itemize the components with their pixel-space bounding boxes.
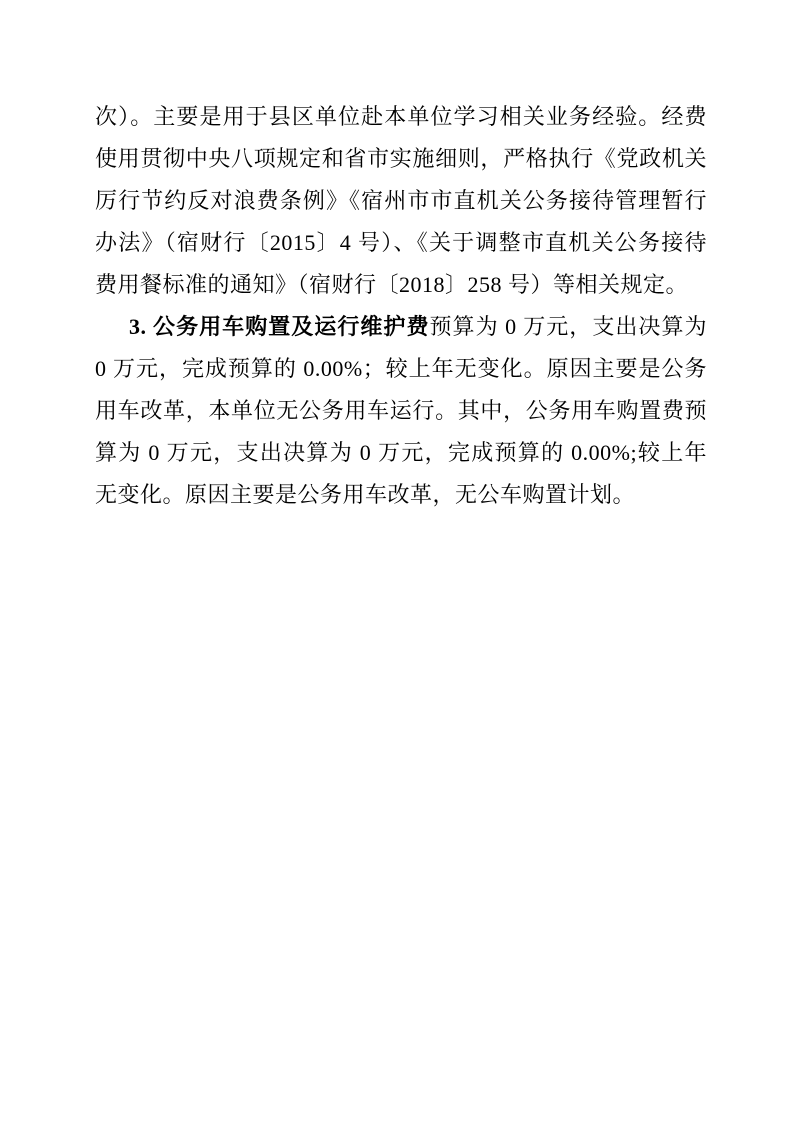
document-page: 次）。主要是用于县区单位赴本单位学习相关业务经验。经费使用贯彻中央八项规定和省市…: [0, 0, 793, 1122]
paragraph-official-vehicle-heading: 3. 公务用车购置及运行维护费: [129, 314, 430, 339]
document-text-body: 次）。主要是用于县区单位赴本单位学习相关业务经验。经费使用贯彻中央八项规定和省市…: [95, 96, 707, 516]
paragraph-reception-expense: 次）。主要是用于县区单位赴本单位学习相关业务经验。经费使用贯彻中央八项规定和省市…: [95, 96, 707, 306]
paragraph-official-vehicle-text: 预算为 0 万元，支出决算为 0 万元，完成预算的 0.00%；较上年无变化。原…: [95, 314, 707, 507]
paragraph-official-vehicle: 3. 公务用车购置及运行维护费预算为 0 万元，支出决算为 0 万元，完成预算的…: [95, 306, 707, 516]
paragraph-reception-expense-text: 次）。主要是用于县区单位赴本单位学习相关业务经验。经费使用贯彻中央八项规定和省市…: [95, 104, 707, 297]
